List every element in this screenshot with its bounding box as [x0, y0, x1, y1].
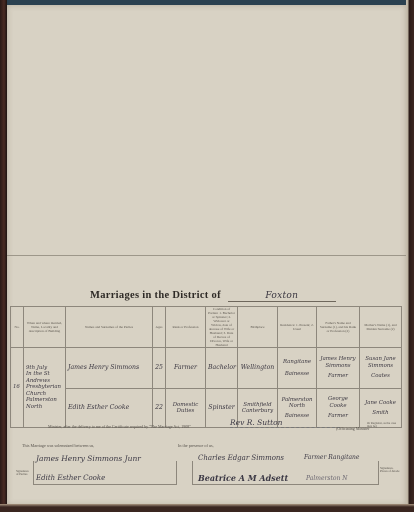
entry-number: 16 [11, 348, 24, 428]
where-line: Presbyterian [26, 384, 63, 391]
bride-profession: Domestic Duties [166, 389, 206, 428]
groom-father-name: James Henry Simmons [319, 356, 357, 369]
groom-row: 16 9th July In the St Andrews Presbyteri… [11, 348, 402, 389]
groom-birthplace: Wellington [238, 348, 278, 389]
groom-father-profession: Farmer [319, 373, 357, 380]
bride-mother-maiden: Smith [362, 410, 399, 417]
bride-age: 22 [153, 389, 166, 428]
party-signature-groom: James Henry Simmons Junr [36, 454, 141, 463]
witness-2-detail: Palmerston N [306, 475, 348, 482]
col-profession: Rank or Profession [166, 307, 206, 348]
groom-mother-maiden: Coates [362, 373, 399, 380]
presence-label: In the presence of us, [178, 443, 214, 448]
col-residence: Residence: 1. Present; 2. Usual [278, 307, 317, 348]
bride-mother-name: Jane Cooke [362, 400, 399, 407]
col-ages: Ages [153, 307, 166, 348]
minister-signature: Rev R. Sutton [230, 418, 340, 428]
minister-label-detail: Or Registrar, as the case may be) [367, 422, 399, 429]
groom-name: James Henry Simmons [66, 348, 153, 389]
col-father: Father's Name and Surname (1), and his R… [317, 307, 360, 348]
col-names: Names and Surnames of the Parties [66, 307, 153, 348]
witness-1-detail: Farmer Rangitane [304, 454, 359, 461]
groom-residence-usual: Bainesse [280, 371, 314, 378]
groom-father: James Henry Simmons Farmer [317, 348, 360, 389]
book-right-edge [406, 0, 414, 512]
side-label-parties: Signatures of Parties [16, 470, 30, 477]
col-mother: Mother's Name (1), and Maiden Surname (2… [360, 307, 402, 348]
minister-label: (Officiating Minister [336, 426, 369, 431]
col-birthplace: Birthplace [238, 307, 278, 348]
bride-father-name: George Cooke [319, 396, 357, 409]
when-where-cell: 9th July In the St Andrews Presbyterian … [24, 348, 66, 428]
col-no: No. [11, 307, 24, 348]
bride-row: Edith Esther Cooke 22 Domestic Duties Sp… [11, 389, 402, 428]
where-line: North [26, 404, 63, 411]
title-text: Marriages in the District of [90, 290, 221, 301]
solemnized-between-label: This Marriage was solemnized between us, [22, 443, 94, 448]
groom-residence: Rangitane Bainesse [278, 348, 317, 389]
col-condition: Condition of Parties: 1. Bachelor or Spi… [206, 307, 238, 348]
witness-1-signature: Charles Edgar Simmons [198, 454, 284, 462]
minister-note: Minister, after the delivery to me of th… [48, 424, 191, 429]
bride-name: Edith Esther Cooke [66, 389, 153, 428]
page-fold-line [7, 255, 406, 256]
col-when-where: When and where married, Name, Locality a… [24, 307, 66, 348]
witness-2-signature: Beatrice A M Adsett [198, 473, 288, 483]
bride-residence-present: Palmerston North [280, 397, 314, 410]
side-label-witnesses: Signatures, Places of Abode [380, 467, 400, 474]
groom-residence-present: Rangitane [280, 359, 314, 366]
groom-profession: Farmer [166, 348, 206, 389]
party-signature-bride: Edith Esther Cooke [36, 474, 105, 482]
register-title: Marriages in the District of Foxton [90, 290, 336, 302]
groom-mother: Susan Jane Simmons Coates [360, 348, 402, 389]
groom-age: 25 [153, 348, 166, 389]
groom-mother-name: Susan Jane Simmons [362, 356, 399, 369]
district-name: Foxton [228, 291, 336, 302]
header-row: No. When and where married, Name, Locali… [11, 307, 402, 348]
marriage-register-table: No. When and where married, Name, Locali… [10, 306, 402, 428]
groom-condition: Bachelor [206, 348, 238, 389]
book-bottom-edge [0, 504, 414, 512]
